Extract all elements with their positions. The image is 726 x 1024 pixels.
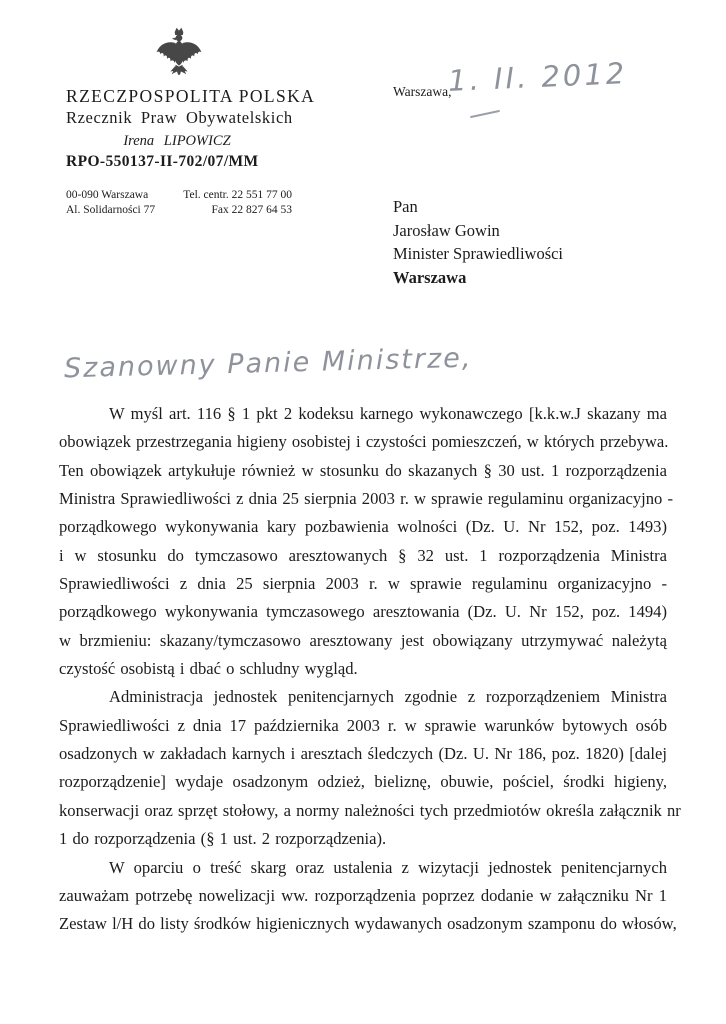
street-address: Al. Solidarności 77 (66, 203, 155, 218)
recipient-title: Minister Sprawiedliwości (393, 242, 563, 266)
postal-city: 00-090 Warszawa (66, 188, 148, 203)
body-line: Sprawiedliwości z dnia 25 sierpnia 2003 … (59, 570, 667, 598)
letter-body: W myśl art. 116 § 1 pkt 2 kodeksu karneg… (59, 400, 667, 939)
body-line: czystość osobistą i dbać o schludny wygl… (59, 655, 667, 683)
contact-block: 00-090 Warszawa Tel. centr. 22 551 77 00… (66, 188, 292, 218)
body-line: obowiązek przestrzegania higieny osobist… (59, 428, 667, 456)
body-line: Administracja jednostek penitencjarnych … (59, 683, 667, 711)
recipient-name: Jarosław Gowin (393, 219, 563, 243)
phone-number: Tel. centr. 22 551 77 00 (183, 188, 292, 203)
body-line: w brzmieniu: skazany/tymczasowo aresztow… (59, 627, 667, 655)
recipient-city: Warszawa (393, 266, 563, 290)
body-line: 1 do rozporządzenia (§ 1 ust. 2 rozporzą… (59, 825, 667, 853)
body-line: i w stosunku do tymczasowo aresztowanych… (59, 542, 667, 570)
reference-number: RPO-550137-II-702/07/MM (66, 153, 259, 171)
date-flourish (470, 110, 500, 118)
body-line: W oparciu o treść skarg oraz ustalenia z… (59, 854, 667, 882)
body-line: W myśl art. 116 § 1 pkt 2 kodeksu karneg… (59, 400, 667, 428)
body-line: Ministra Sprawiedliwości z dnia 25 sierp… (59, 485, 667, 513)
dateline-place: Warszawa, (393, 84, 452, 100)
fax-number: Fax 22 827 64 53 (212, 203, 293, 218)
body-line: Sprawiedliwości z dnia 17 października 2… (59, 712, 667, 740)
letterhead: RZECZPOSPOLITA POLSKA Rzecznik Praw Obyw… (66, 86, 288, 150)
body-line: konserwacji oraz sprzęt stołowy, a normy… (59, 797, 667, 825)
recipient-block: Pan Jarosław Gowin Minister Sprawiedliwo… (393, 195, 563, 289)
officer-name: Irena LIPOWICZ (66, 133, 288, 150)
recipient-honorific: Pan (393, 195, 563, 219)
body-line: zauważam potrzebę nowelizacji ww. rozpor… (59, 882, 667, 910)
body-line: porządkowego wykonywania tymczasowego ar… (59, 598, 667, 626)
letter-page: RZECZPOSPOLITA POLSKA Rzecznik Praw Obyw… (0, 0, 726, 1024)
body-line: Zestaw l/H do listy środków higienicznyc… (59, 910, 667, 938)
institution-name: Rzecznik Praw Obywatelskich (66, 108, 288, 128)
country-name: RZECZPOSPOLITA POLSKA (66, 86, 288, 107)
body-line: porządkowego wykonywania kary pozbawieni… (59, 513, 667, 541)
polish-eagle-emblem-icon (155, 26, 203, 90)
handwritten-greeting: Szanowny Panie Ministrze, (64, 343, 473, 385)
body-line: rozporządzenie] wydaje osadzonym odzież,… (59, 768, 667, 796)
body-line: osadzonych w zakładach karnych i areszta… (59, 740, 667, 768)
body-line: Ten obowiązek artykułuje również w stosu… (59, 457, 667, 485)
handwritten-date: 1. II. 2012 (447, 56, 628, 98)
